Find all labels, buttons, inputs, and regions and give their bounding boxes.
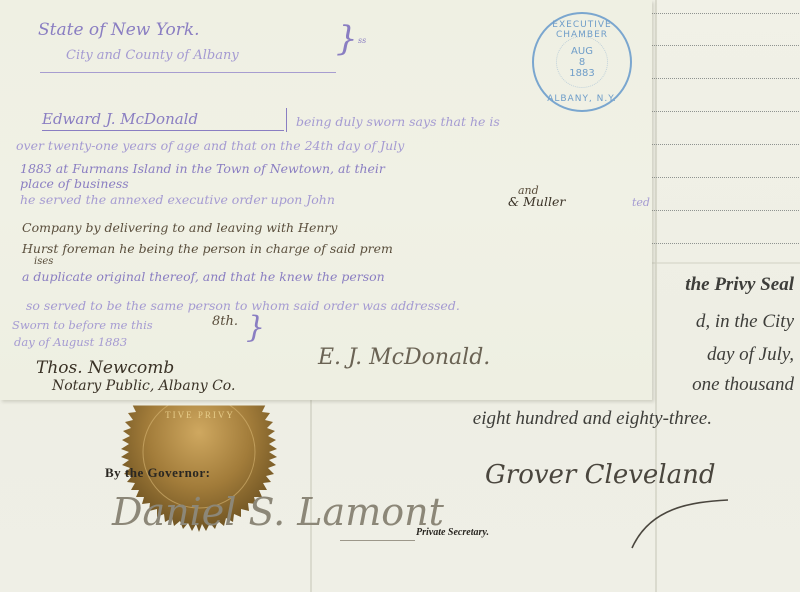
affidavit-line-4: place of business [20, 176, 129, 191]
executive-chamber-stamp: EXECUTIVE CHAMBER AUG 8 1883 ALBANY, N.Y… [532, 12, 632, 112]
blank-dotted-line [650, 243, 800, 244]
blank-dotted-line [650, 13, 800, 14]
affidavit-line-2: over twenty-one years of age and that on… [16, 138, 404, 153]
commission-line-privy-seal: the Privy Seal [685, 274, 794, 296]
affidavit-line-5: he served the annexed executive order up… [20, 192, 335, 207]
affidavit-line-3: 1883 at Furmans Island in the Town of Ne… [20, 161, 385, 176]
stamp-bottom-text: ALBANY, N.Y. [534, 94, 630, 104]
affiant-underline [42, 130, 284, 131]
blank-dotted-line [650, 144, 800, 145]
blank-dotted-line [650, 210, 800, 211]
insertion-name: & Muller [508, 194, 565, 209]
secretary-signature-line [340, 540, 415, 541]
venue-county: City and County of Albany [66, 48, 239, 63]
seal-text: TIVE PRIVY [160, 410, 240, 420]
private-secretary-label: Private Secretary. [416, 527, 489, 538]
affidavit-line-6: Company by delivering to and leaving wit… [22, 220, 337, 235]
stamp-top-text: EXECUTIVE CHAMBER [534, 20, 630, 40]
stamp-month: AUG [534, 46, 630, 57]
blank-dotted-line [650, 45, 800, 46]
affidavit-line-1: being duly sworn says that he is [296, 114, 500, 129]
affidavit-line-8: ises [34, 256, 53, 267]
stamp-day: 8 [534, 57, 630, 68]
affidavit-line-10: so served to be the same person to whom … [26, 298, 460, 313]
commission-line-year: eight hundred and eighty-three. [473, 408, 712, 430]
commission-line-day-of-july: day of July, [707, 344, 794, 366]
governor-signature: Grover Cleveland [485, 460, 716, 490]
signature-flourish-icon [620, 490, 740, 550]
notary-title: Notary Public, Albany Co. [52, 378, 235, 394]
insertion-suffix: ted [632, 196, 650, 209]
jurat-brace: } [246, 310, 265, 345]
by-the-governor-label: By the Governor: [105, 465, 210, 481]
commission-line-city: d, in the City [696, 311, 794, 333]
venue-ss: ss [358, 36, 366, 45]
blank-dotted-line [650, 111, 800, 112]
commission-line-one-thousand: one thousand [692, 374, 794, 396]
stamp-date: AUG 8 1883 [534, 46, 630, 79]
venue-state: State of New York. [38, 20, 200, 40]
stamp-year: 1883 [534, 68, 630, 79]
affiant-signature: E. J. McDonald. [318, 345, 490, 370]
blank-dotted-line [650, 177, 800, 178]
venue-brace: } [336, 22, 358, 56]
affiant-name: Edward J. McDonald [42, 110, 198, 128]
affidavit-line-7: Hurst foreman he being the person in cha… [22, 241, 393, 256]
affidavit-line-9: a duplicate original thereof, and that h… [22, 269, 385, 284]
secretary-signature: Daniel S. Lamont [112, 490, 444, 534]
affidavit-sheet: State of New York. City and County of Al… [0, 0, 652, 400]
jurat-line-2: day of August 1883 [14, 335, 127, 349]
venue-underline [40, 72, 336, 73]
blank-dotted-line [650, 78, 800, 79]
affiant-box-edge [286, 108, 287, 132]
jurat-day: 8th. [212, 314, 238, 329]
jurat-line-1: Sworn to before me this [12, 318, 153, 332]
notary-signature: Thos. Newcomb [36, 358, 174, 378]
